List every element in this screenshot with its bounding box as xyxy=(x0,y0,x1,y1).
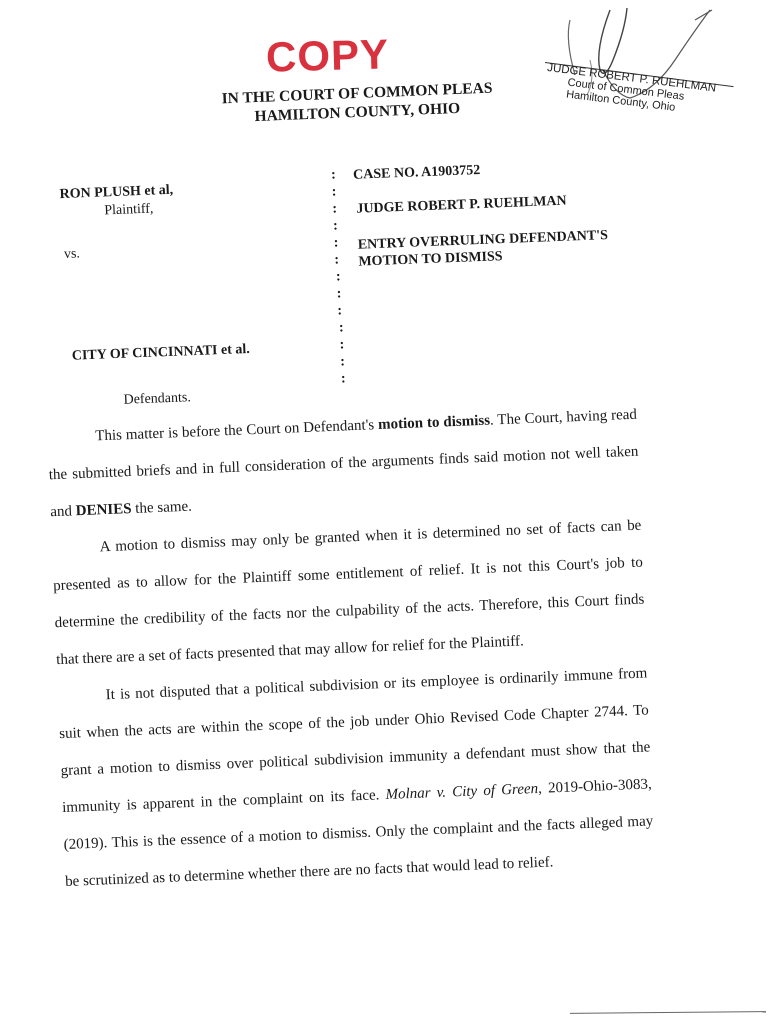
entry-body: This matter is before the Court on Defen… xyxy=(47,397,656,901)
denies-bold: DENIES xyxy=(75,501,131,519)
defendant-role: Defendants. xyxy=(123,390,191,409)
paragraph-3: It is not disputed that a political subd… xyxy=(57,655,655,900)
versus-label: vs. xyxy=(64,246,81,263)
case-number: CASE NO. A1903752 xyxy=(353,162,481,184)
page-edge-line xyxy=(570,1011,766,1014)
motion-to-dismiss-bold: motion to dismiss xyxy=(378,413,491,433)
defendant-name: CITY OF CINCINNATI et al. xyxy=(72,342,250,365)
plaintiff-name: RON PLUSH et al, xyxy=(59,183,173,203)
case-citation: Molnar v. City of Green xyxy=(385,781,538,803)
plaintiff-role: Plaintiff, xyxy=(104,202,154,220)
colon-column: : : : : : : : : : : : : : xyxy=(0,0,758,14)
entry-title: ENTRY OVERRULING DEFENDANT'S MOTION TO D… xyxy=(357,227,608,271)
paragraph-2: A motion to dismiss may only be granted … xyxy=(51,508,646,680)
assigned-judge: JUDGE ROBERT P. RUEHLMAN xyxy=(356,193,567,218)
case-caption: RON PLUSH et al, Plaintiff, vs. CITY OF … xyxy=(0,0,768,413)
